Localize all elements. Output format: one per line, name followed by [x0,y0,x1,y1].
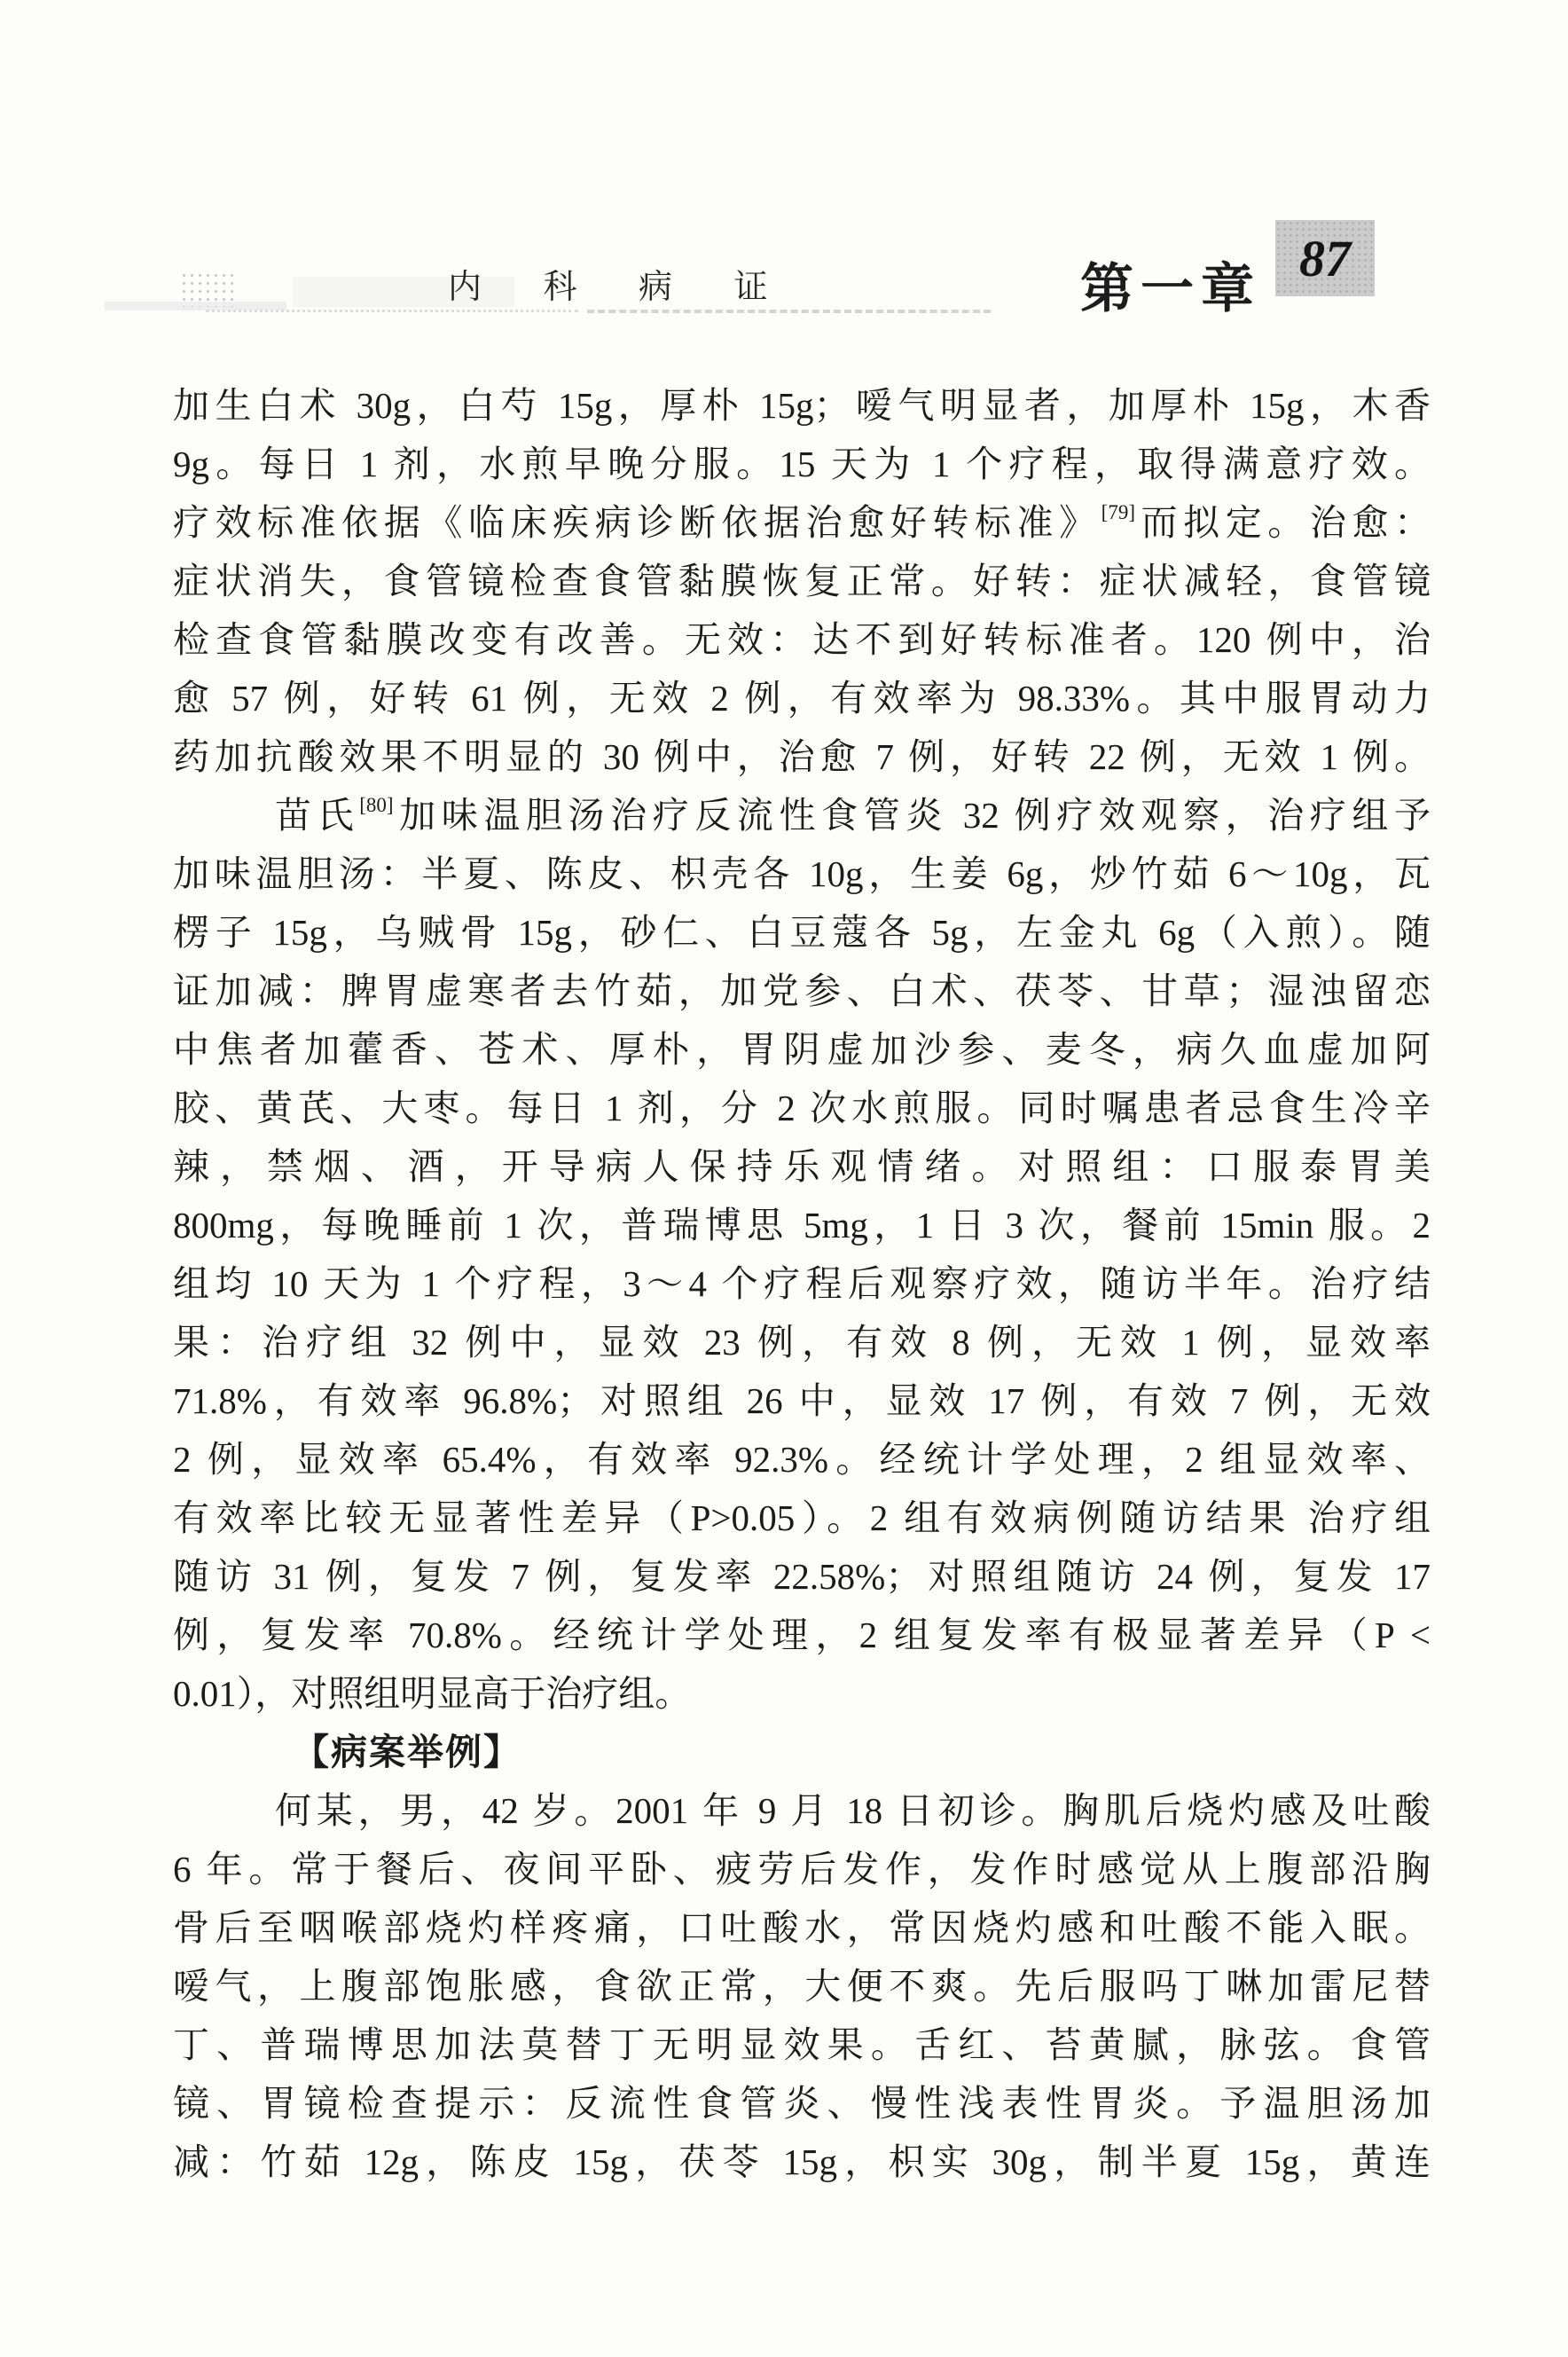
text-segment: 71.8%，有效率 96.8%；对照组 26 中，显效 17 例，有效 7 例，… [173,1380,1431,1421]
text-line: 加生白术 30g，白芍 15g，厚朴 15g；嗳气明显者，加厚朴 15g，木香 [173,376,1431,435]
text-segment: 疗效标准依据《临床疾病诊断依据治愈好转标准》 [173,502,1102,543]
text-line: 果：治疗组 32 例中，显效 23 例，有效 8 例，无效 1 例，显效率 [173,1313,1431,1371]
text-segment: 而拟定。治愈： [1135,502,1431,543]
text-segment: 例，复发率 70.8%。经统计学处理，2 组复发率有极显著差异（P < [173,1615,1431,1655]
text-line: 症状消失，食管镜检查食管黏膜恢复正常。好转：症状减轻，食管镜 [173,552,1431,610]
text-line: 证加减：脾胃虚寒者去竹茹，加党参、白术、茯苓、甘草；湿浊留恋 [173,962,1431,1020]
text-segment: 丁、普瑞博思加法莫替丁无明显效果。舌红、苔黄腻，脉弦。食管 [173,2024,1431,2065]
text-line: 71.8%，有效率 96.8%；对照组 26 中，显效 17 例，有效 7 例，… [173,1371,1431,1430]
text-segment: 组均 10 天为 1 个疗程，3～4 个疗程后观察疗效，随访半年。治疗结 [173,1263,1431,1304]
scan-artifact [180,271,239,307]
text-segment: 辣，禁烟、酒，开导病人保持乐观情绪。对照组：口服泰胃美 [173,1146,1431,1187]
header-rule [587,310,991,313]
text-line: 6 年。常于餐后、夜间平卧、疲劳后发作，发作时感觉从上腹部沿胸 [173,1840,1431,1898]
text-line: 例，复发率 70.8%。经统计学处理，2 组复发率有极显著差异（P < [173,1606,1431,1664]
text-line: 楞子 15g，乌贼骨 15g，砂仁、白豆蔻各 5g，左金丸 6g（入煎）。随 [173,903,1431,962]
text-line: 9g。每日 1 剂，水煎早晚分服。15 天为 1 个疗程，取得满意疗效。 [173,435,1431,493]
text-segment: 加味温胆汤治疗反流性食管炎 32 例疗效观察，治疗组予 [394,795,1431,836]
text-segment: 果：治疗组 32 例中，显效 23 例，有效 8 例，无效 1 例，显效率 [173,1322,1431,1363]
text-segment: 楞子 15g，乌贼骨 15g，砂仁、白豆蔻各 5g，左金丸 6g（入煎）。随 [173,912,1431,953]
text-segment: 9g。每日 1 剂，水煎早晚分服。15 天为 1 个疗程，取得满意疗效。 [173,444,1431,484]
text-line: 800mg，每晚睡前 1 次，普瑞博思 5mg，1 日 3 次，餐前 15min… [173,1196,1431,1254]
text-segment: 药加抗酸效果不明显的 30 例中，治愈 7 例，好转 22 例，无效 1 例。 [173,736,1431,777]
text-segment: 苗氏 [275,795,359,836]
text-line: 镜、胃镜检查提示：反流性食管炎、慢性浅表性胃炎。予温胆汤加 [173,2074,1431,2133]
text-line: 减：竹茹 12g，陈皮 15g，茯苓 15g，枳实 30g，制半夏 15g，黄连 [173,2133,1431,2191]
reference-superscript: [80] [359,794,393,816]
header-rule [206,310,578,312]
text-segment: 镜、胃镜检查提示：反流性食管炎、慢性浅表性胃炎。予温胆汤加 [173,2083,1431,2124]
text-segment: 骨后至咽喉部烧灼样疼痛，口吐酸水，常因烧灼感和吐酸不能入眠。 [173,1907,1431,1948]
text-line: 骨后至咽喉部烧灼样疼痛，口吐酸水，常因烧灼感和吐酸不能入眠。 [173,1898,1431,1957]
text-segment: 何某，男，42 岁。2001 年 9 月 18 日初诊。胸肌后烧灼感及吐酸 [275,1790,1431,1831]
text-segment: 2 例，显效率 65.4%，有效率 92.3%。经统计学处理，2 组显效率、 [173,1439,1431,1480]
text-segment: 愈 57 例，好转 61 例，无效 2 例，有效率为 98.33%。其中服胃动力 [173,678,1431,719]
text-segment: 6 年。常于餐后、夜间平卧、疲劳后发作，发作时感觉从上腹部沿胸 [173,1849,1431,1890]
text-segment: 证加减：脾胃虚寒者去竹茹，加党参、白术、茯苓、甘草；湿浊留恋 [173,970,1431,1011]
text-line: 随访 31 例，复发 7 例，复发率 22.58%；对照组随访 24 例，复发 … [173,1547,1431,1606]
section-heading: 【病案举例】 [173,1723,1431,1781]
text-segment: 检查食管黏膜改变有改善。无效：达不到好转标准者。120 例中，治 [173,619,1431,660]
text-segment: 加生白术 30g，白芍 15g，厚朴 15g；嗳气明显者，加厚朴 15g，木香 [173,385,1431,426]
text-line: 组均 10 天为 1 个疗程，3～4 个疗程后观察疗效，随访半年。治疗结 [173,1254,1431,1313]
text-line: 药加抗酸效果不明显的 30 例中，治愈 7 例，好转 22 例，无效 1 例。 [173,727,1431,786]
text-segment: 中焦者加藿香、苍术、厚朴，胃阴虚加沙参、麦冬，病久血虚加阿 [173,1029,1431,1070]
text-line: 何某，男，42 岁。2001 年 9 月 18 日初诊。胸肌后烧灼感及吐酸 [173,1781,1431,1840]
text-line: 0.01），对照组明显高于治疗组。 [173,1664,1431,1723]
text-segment: 症状消失，食管镜检查食管黏膜恢复正常。好转：症状减轻，食管镜 [173,561,1431,601]
reference-superscript: [79] [1102,501,1135,523]
text-segment: 减：竹茹 12g，陈皮 15g，茯苓 15g，枳实 30g，制半夏 15g，黄连 [173,2141,1431,2182]
text-line: 丁、普瑞博思加法莫替丁无明显效果。舌红、苔黄腻，脉弦。食管 [173,2015,1431,2074]
text-segment: 胶、黄芪、大枣。每日 1 剂，分 2 次水煎服。同时嘱患者忌食生冷辛 [173,1088,1431,1128]
body-text: 加生白术 30g，白芍 15g，厚朴 15g；嗳气明显者，加厚朴 15g，木香9… [173,376,1431,2191]
text-line: 2 例，显效率 65.4%，有效率 92.3%。经统计学处理，2 组显效率、 [173,1430,1431,1489]
text-segment: 800mg，每晚睡前 1 次，普瑞博思 5mg，1 日 3 次，餐前 15min… [173,1205,1431,1245]
text-line: 胶、黄芪、大枣。每日 1 剂，分 2 次水煎服。同时嘱患者忌食生冷辛 [173,1079,1431,1137]
chapter-label: 第一章 [1080,247,1261,323]
text-segment: 0.01），对照组明显高于治疗组。 [173,1673,691,1714]
text-segment: 随访 31 例，复发 7 例，复发率 22.58%；对照组随访 24 例，复发 … [173,1556,1431,1597]
text-line: 嗳气，上腹部饱胀感，食欲正常，大便不爽。先后服吗丁啉加雷尼替 [173,1957,1431,2015]
text-line: 辣，禁烟、酒，开导病人保持乐观情绪。对照组：口服泰胃美 [173,1137,1431,1196]
text-line: 检查食管黏膜改变有改善。无效：达不到好转标准者。120 例中，治 [173,610,1431,669]
text-line: 加味温胆汤：半夏、陈皮、枳壳各 10g，生姜 6g，炒竹茹 6～10g，瓦 [173,845,1431,903]
text-line: 有效率比较无显著性差异（P>0.05）。2 组有效病例随访结果 治疗组 [173,1489,1431,1547]
text-line: 中焦者加藿香、苍术、厚朴，胃阴虚加沙参、麦冬，病久血虚加阿 [173,1020,1431,1079]
book-page: 内 科 病 证 第一章 87 加生白术 30g，白芍 15g，厚朴 15g；嗳气… [0,0,1568,2357]
text-segment: 【病案举例】 [293,1732,521,1772]
page-number: 87 [1275,220,1375,296]
text-segment: 嗳气，上腹部饱胀感，食欲正常，大便不爽。先后服吗丁啉加雷尼替 [173,1966,1431,2007]
running-title: 内 科 病 证 [448,259,795,308]
text-segment: 有效率比较无显著性差异（P>0.05）。2 组有效病例随访结果 治疗组 [173,1497,1431,1538]
text-line: 疗效标准依据《临床疾病诊断依据治愈好转标准》[79]而拟定。治愈： [173,493,1431,552]
text-line: 愈 57 例，好转 61 例，无效 2 例，有效率为 98.33%。其中服胃动力 [173,669,1431,727]
text-segment: 加味温胆汤：半夏、陈皮、枳壳各 10g，生姜 6g，炒竹茹 6～10g，瓦 [173,853,1431,894]
text-line: 苗氏[80]加味温胆汤治疗反流性食管炎 32 例疗效观察，治疗组予 [173,786,1431,845]
